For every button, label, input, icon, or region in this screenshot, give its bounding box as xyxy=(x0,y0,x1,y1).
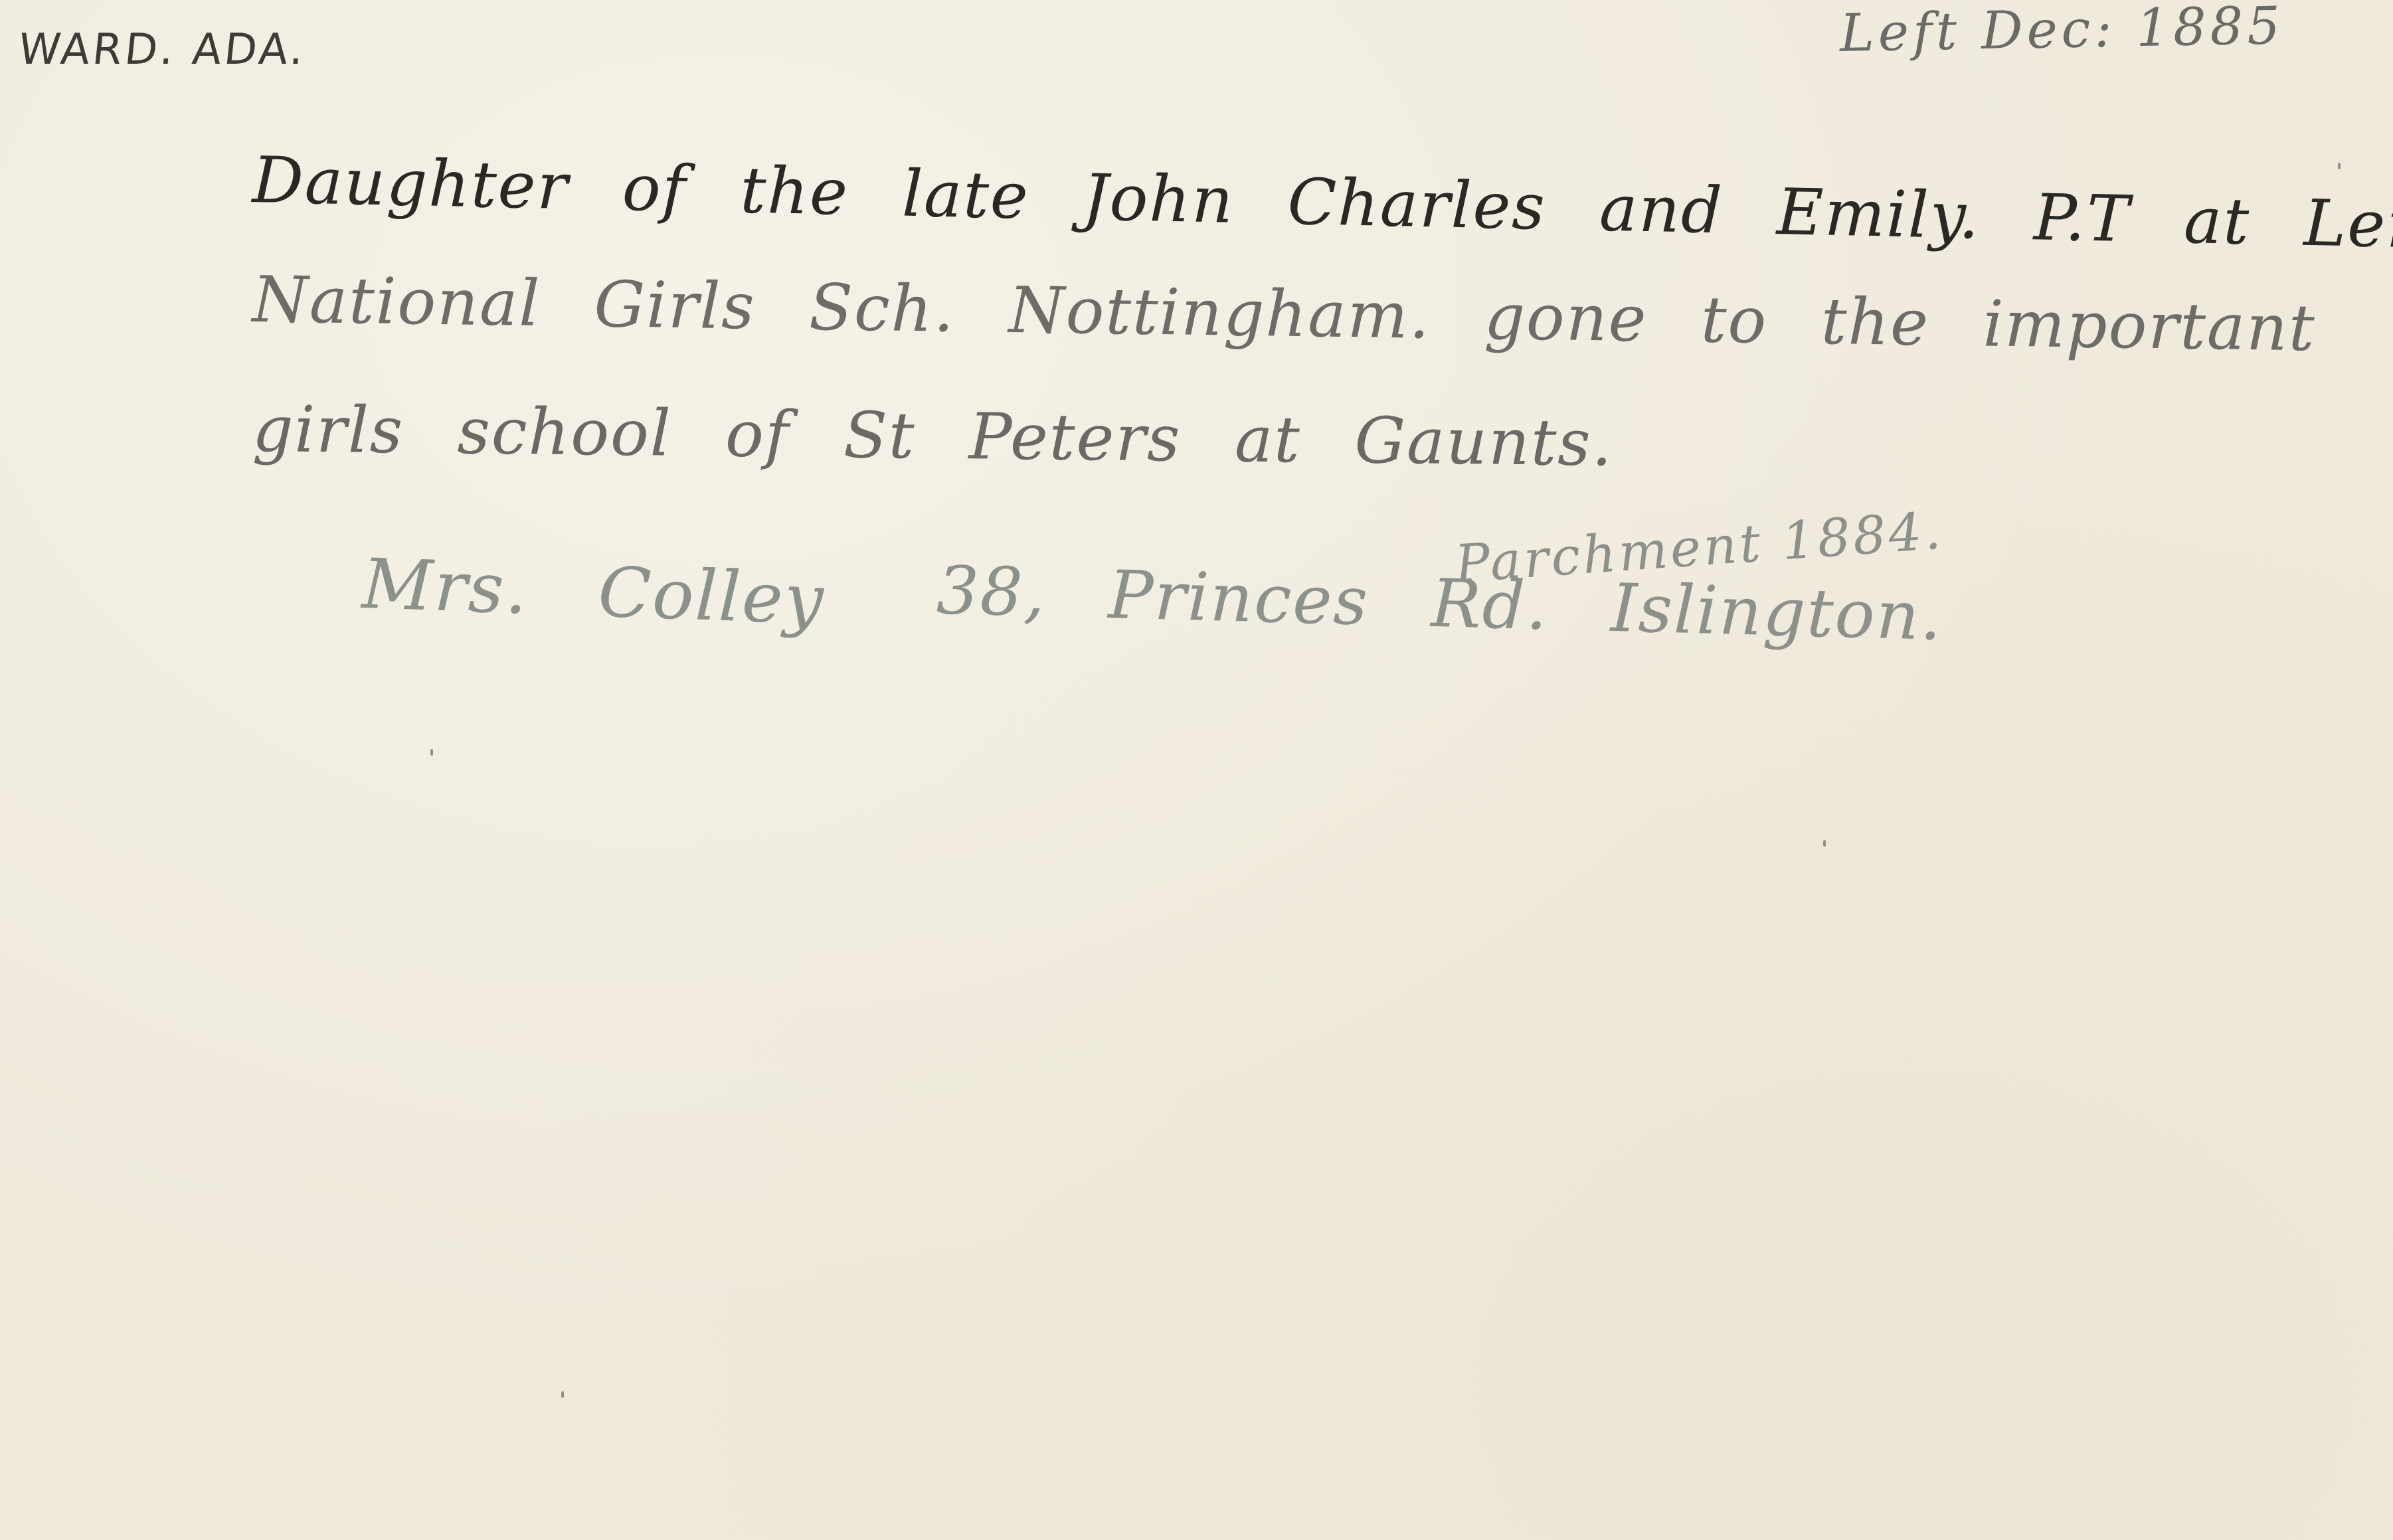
pencil-name-note: Mrs. Colley xyxy=(361,543,826,640)
record-name-heading: WARD. ADA. xyxy=(16,25,309,74)
record-card-paper: WARD. ADA. Left Dec: 1885 Daughter of th… xyxy=(0,0,2393,1540)
left-date-note: Left Dec: 1885 xyxy=(1839,0,2284,64)
paper-speck xyxy=(1823,840,1826,847)
paper-speck xyxy=(2338,163,2341,169)
body-line-3: girls school of St Peters at Gaunts. xyxy=(252,392,1613,480)
paper-speck xyxy=(561,1391,564,1398)
body-line-1: Daughter of the late John Charles and Em… xyxy=(252,143,2393,265)
paper-speck xyxy=(430,749,433,756)
body-line-2: National Girls Sch. Nottingham. gone to … xyxy=(252,262,2316,365)
